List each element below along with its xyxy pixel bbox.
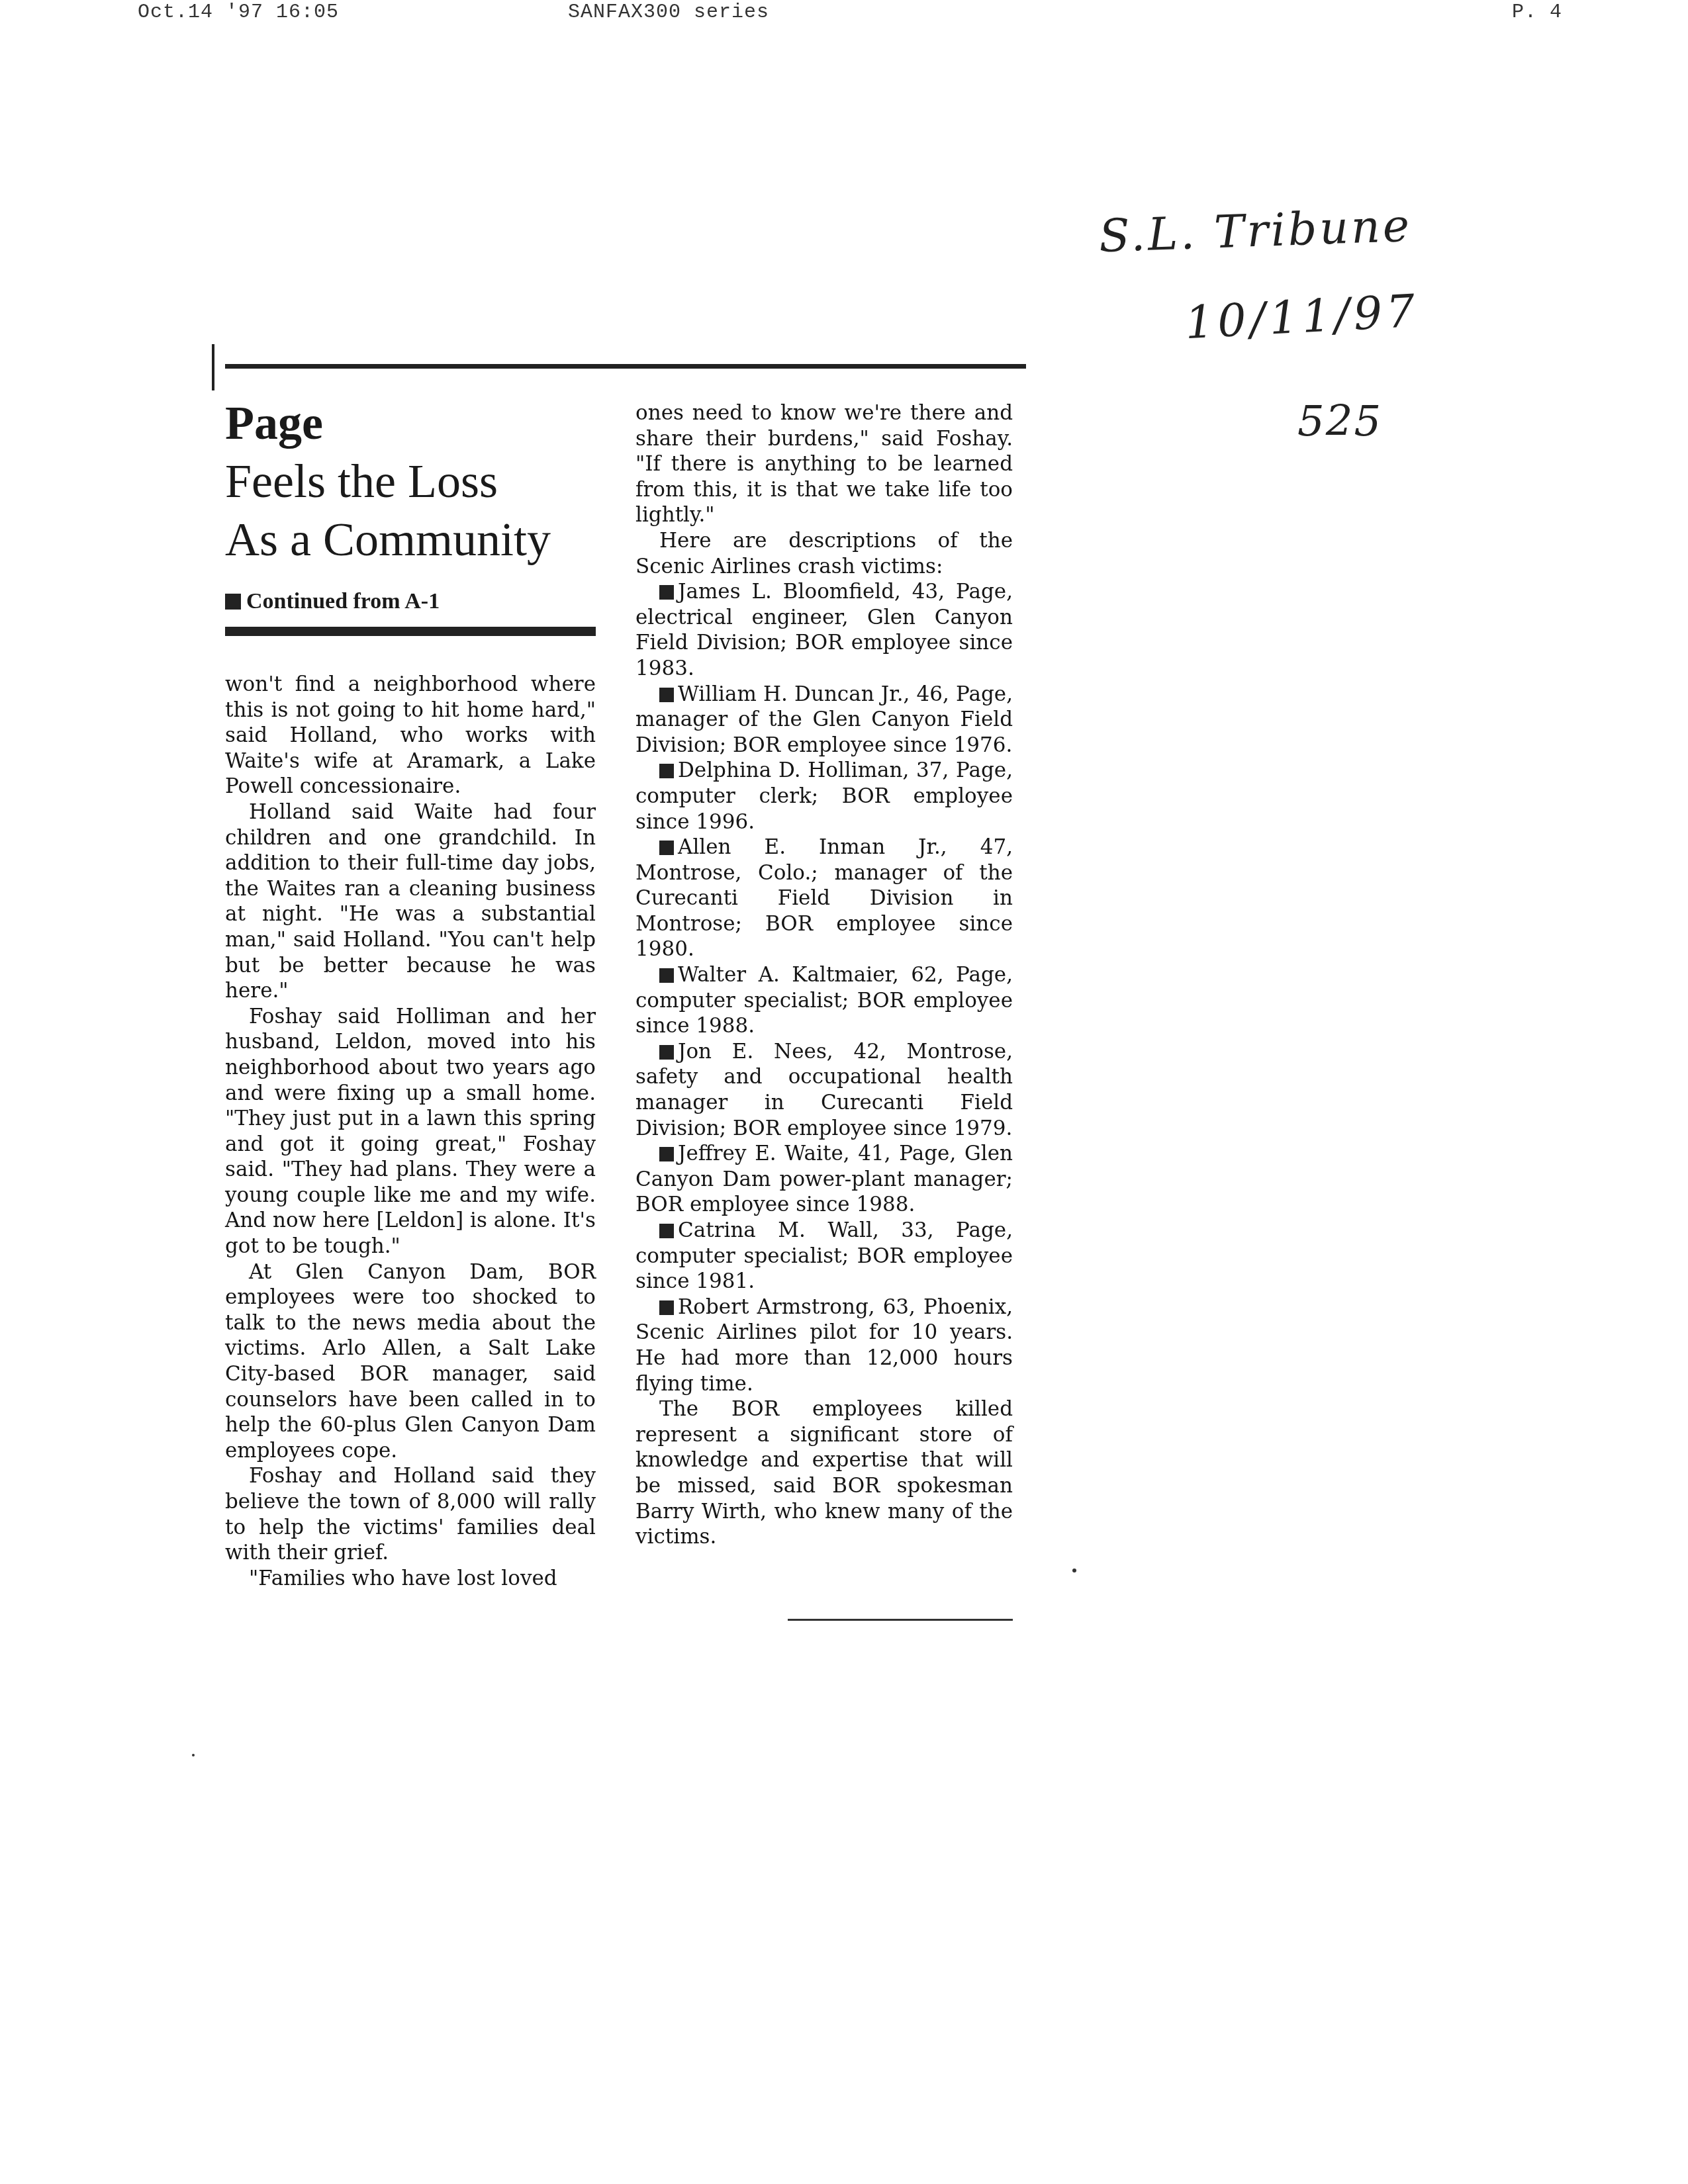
right-column: ones need to know we're there and share …	[635, 400, 1013, 1550]
victim-text: Jon E. Nees, 42, Montrose, safety and oc…	[635, 1040, 1013, 1140]
end-rule	[788, 1619, 1013, 1621]
fax-timestamp: Oct.14 '97 16:05	[138, 1, 339, 24]
paragraph: Foshay and Holland said they believe the…	[225, 1463, 596, 1565]
headline-rule	[225, 627, 596, 636]
victim-entry: Allen E. Inman Jr., 47, Montrose, Colo.;…	[635, 835, 1013, 962]
victim-entry: Jon E. Nees, 42, Montrose, safety and oc…	[635, 1039, 1013, 1141]
square-bullet-icon	[659, 1224, 674, 1238]
victim-entry: Catrina M. Wall, 33, Page, computer spec…	[635, 1218, 1013, 1295]
paragraph: won't find a neighborhood where this is …	[225, 672, 596, 799]
paragraph: ones need to know we're there and share …	[635, 400, 1013, 528]
left-column: won't find a neighborhood where this is …	[225, 672, 596, 1591]
victim-text: Delphina D. Holliman, 37, Page, computer…	[635, 758, 1013, 833]
closing-paragraph: The BOR employees killed represent a sig…	[635, 1396, 1013, 1550]
square-bullet-icon	[659, 585, 674, 600]
handwritten-number: 525	[1297, 397, 1382, 446]
corner-mark	[212, 344, 218, 390]
victim-text: Allen E. Inman Jr., 47, Montrose, Colo.;…	[635, 835, 1013, 961]
fax-page-number: P. 4	[1512, 1, 1562, 24]
headline-line-1: Page	[225, 394, 609, 452]
paragraph: At Glen Canyon Dam, BOR employees were t…	[225, 1259, 596, 1464]
square-bullet-icon	[659, 841, 674, 855]
headline: Page Feels the Loss As a Community	[225, 394, 609, 569]
headline-line-3: As a Community	[225, 510, 609, 569]
victim-text: Catrina M. Wall, 33, Page, computer spec…	[635, 1218, 1013, 1293]
paragraph: Holland said Waite had four children and…	[225, 799, 596, 1004]
continued-line: Continued from A-1	[225, 589, 440, 614]
victim-text: William H. Duncan Jr., 46, Page, manager…	[635, 682, 1013, 757]
victim-text: Walter A. Kaltmaier, 62, Page, computer …	[635, 963, 1013, 1038]
square-bullet-icon	[659, 764, 674, 778]
square-bullet-icon	[659, 1045, 674, 1060]
victim-entry: Walter A. Kaltmaier, 62, Page, computer …	[635, 962, 1013, 1039]
victim-entry: James L. Bloomfield, 43, Page, electrica…	[635, 579, 1013, 681]
victim-text: Jeffrey E. Waite, 41, Page, Glen Canyon …	[635, 1142, 1013, 1216]
headline-line-2: Feels the Loss	[225, 452, 609, 510]
continued-label: Continued from A-1	[246, 589, 440, 614]
scan-speck	[192, 1754, 195, 1756]
square-bullet-icon	[659, 968, 674, 983]
fax-header: Oct.14 '97 16:05 SANFAX300 series P. 4	[0, 0, 1688, 26]
paragraph: Foshay said Holliman and her husband, Le…	[225, 1004, 596, 1259]
victim-text: Robert Armstrong, 63, Phoenix, Scenic Ai…	[635, 1295, 1013, 1396]
newspaper-clipping: Page Feels the Loss As a Community Conti…	[212, 331, 1026, 1641]
square-bullet-icon	[659, 688, 674, 702]
handwritten-source: S.L. Tribune	[1098, 200, 1413, 263]
square-bullet-icon	[659, 1300, 674, 1315]
fax-model: SANFAX300 series	[568, 1, 769, 24]
square-bullet-icon	[659, 1147, 674, 1161]
top-rule	[225, 364, 1026, 369]
handwritten-date: 10/11/97	[1184, 285, 1420, 349]
scan-speck	[1072, 1569, 1076, 1572]
victim-entry: Robert Armstrong, 63, Phoenix, Scenic Ai…	[635, 1295, 1013, 1396]
victim-entry: Delphina D. Holliman, 37, Page, computer…	[635, 758, 1013, 835]
paragraph: "Families who have lost loved	[225, 1566, 596, 1592]
victim-entry: Jeffrey E. Waite, 41, Page, Glen Canyon …	[635, 1141, 1013, 1218]
victim-entry: William H. Duncan Jr., 46, Page, manager…	[635, 682, 1013, 758]
square-bullet-icon	[225, 594, 241, 610]
paragraph: Here are descriptions of the Scenic Airl…	[635, 528, 1013, 579]
victim-text: James L. Bloomfield, 43, Page, electrica…	[635, 580, 1013, 680]
